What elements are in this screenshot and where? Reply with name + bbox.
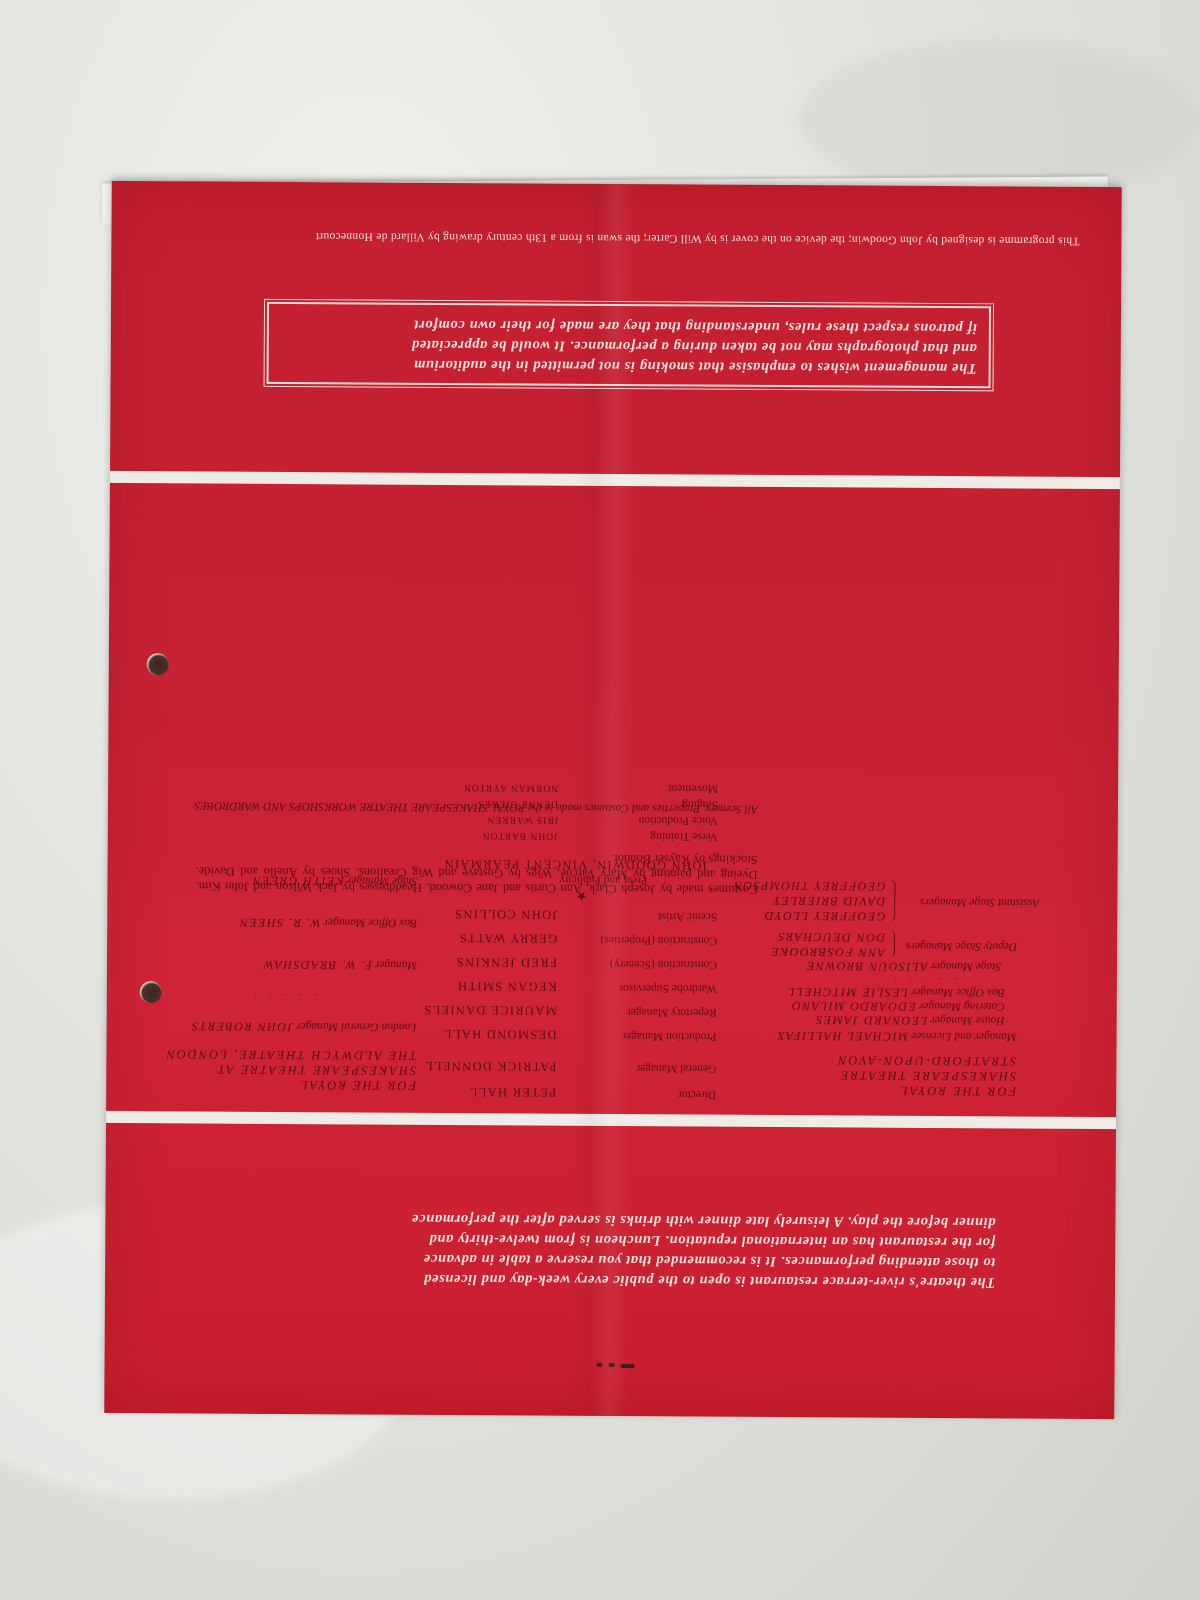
person-name: NORMAN AYRTON <box>463 782 558 793</box>
role-label: Director <box>556 1088 716 1101</box>
person-name: DAVID BRIERLEY <box>772 894 885 909</box>
restaurant-notice: The theatre's river-terrace restaurant i… <box>195 1207 995 1292</box>
person-name: GERRY WATTS <box>458 930 557 946</box>
white-stripe-bottom <box>110 471 1120 489</box>
role-label: Manager and Licensee <box>911 1030 1016 1043</box>
heading-line: FOR THE ROYAL <box>836 1082 1016 1098</box>
person-name: JOHN BARTON <box>482 830 558 840</box>
person-name: GEOFFREY LLOYD <box>763 909 885 924</box>
person-name: FRED JENKINS <box>456 954 557 970</box>
role-label: Verse Training <box>650 830 717 842</box>
person-name: JOHN COLLINS <box>454 906 558 922</box>
role-label: Box Office Manager <box>911 986 1005 999</box>
punch-hole <box>140 981 162 1003</box>
aldwych-heading: FOR THE ROYAL SHAKESPEARE THEATRE AT THE… <box>164 1046 416 1093</box>
person-name: F. W. BRADSHAW <box>262 958 372 973</box>
aldwych-gm-row: London General Manager JOHN ROBERTS <box>191 1018 417 1034</box>
role-label: Manager <box>375 959 417 971</box>
stratford-manager-row: House Manager LEONARD JAMES <box>815 1012 1005 1028</box>
role-label: Repertory Manager <box>557 1006 717 1019</box>
stratford-manager-row: Box Office Manager LESLIE MITCHELL <box>786 984 1004 1000</box>
person-name: PETER HALL <box>469 1084 557 1100</box>
person-name: LESLIE MITCHELL <box>786 985 908 1000</box>
photo-stage-rotated: The theatre's river-terrace restaurant i… <box>0 0 1200 1600</box>
separator-dots: . . . . . <box>889 975 957 986</box>
staple-mark <box>621 1364 635 1368</box>
stratford-heading: FOR THE ROYAL SHAKESPEARE THEATRE STRATF… <box>836 1052 1017 1098</box>
white-stripe-top <box>106 1111 1116 1129</box>
aldwych-column: FOR THE ROYAL SHAKESPEARE THEATRE AT THE… <box>117 993 417 995</box>
person-name: ALISOUN BROWNE <box>805 959 927 974</box>
role-label: Production Manager <box>557 1030 717 1043</box>
person-name: W. R. SHEEN <box>238 916 320 931</box>
role-label: Movement <box>668 782 718 794</box>
role-label: Scenic Artist <box>557 910 717 923</box>
aldwych-manager-row: Manager F. W. BRADSHAW <box>262 957 417 973</box>
stratford-manager-row: Catering Manager EDOARDO MILANO <box>791 998 1005 1014</box>
separator-dots: . . . . . <box>249 991 317 1002</box>
stratford-column: FOR THE ROYAL SHAKESPEARE THEATRE STRATF… <box>677 996 1017 998</box>
assistant-stage-managers-label: Assistant Stage Managers <box>920 896 1040 909</box>
person-name: MAURICE DANIELS <box>423 1002 557 1018</box>
deputy-stage-managers-label: Deputy Stage Managers <box>906 940 1017 953</box>
person-name: KEGAN SMITH <box>457 978 557 994</box>
role-label: Catering Manager <box>919 1000 1005 1013</box>
notice-line: The management wishes to emphasise that … <box>277 354 977 378</box>
role-label: London General Manager <box>296 1020 417 1033</box>
company-staff: Director PETER HALL General Manager PATR… <box>397 995 777 997</box>
person-name: MICHAEL HALLIFAX <box>776 1029 909 1044</box>
design-credit: This programme is designed by John Goodw… <box>315 230 1079 247</box>
heading-line: THE ALDWYCH THEATRE, LONDON <box>164 1046 416 1063</box>
heading-line: SHAKESPEARE THEATRE AT <box>164 1061 416 1078</box>
aldwych-box-office-row: Box Office Manager W. R. SHEEN <box>238 915 417 931</box>
role-label: Wardrobe Supervisor <box>557 982 717 995</box>
workshops-credit: All Scenery, Properties and Costumes mad… <box>194 799 758 814</box>
heading-line: FOR THE ROYAL <box>164 1076 416 1093</box>
staple-mark <box>597 1363 603 1367</box>
person-name: ANN FOSBROOKE <box>770 945 885 960</box>
person-name: IRIS WARREN <box>487 814 558 824</box>
person-name: EDOARDO MILANO <box>791 999 916 1014</box>
punch-hole <box>147 653 169 675</box>
staple-mark <box>609 1363 615 1367</box>
role-label: Voice Production <box>639 814 718 826</box>
role-label: Construction (Properties) <box>557 934 717 947</box>
costumes-credits: Costumes made by Joseph Clark, Ann Curti… <box>195 848 757 896</box>
person-name: DESMOND HALL <box>443 1026 557 1042</box>
brace <box>888 930 895 958</box>
person-name: PATRICK DONNELL <box>424 1058 557 1074</box>
programme-page: The theatre's river-terrace restaurant i… <box>104 181 1122 1419</box>
role-label: Stage Manager <box>930 960 1001 972</box>
role-label: House Manager <box>930 1014 1004 1026</box>
brace <box>888 880 895 922</box>
heading-line: STRATFORD-UPON-AVON <box>836 1052 1016 1068</box>
role-label: General Manager <box>556 1062 716 1075</box>
smoking-notice-box: The management wishes to emphasise that … <box>267 302 991 388</box>
heading-line: SHAKESPEARE THEATRE <box>836 1067 1016 1083</box>
stratford-manager-row: Manager and Licensee MICHAEL HALLIFAX <box>776 1028 1017 1044</box>
notice-line: if patrons respect these rules, understa… <box>277 314 977 338</box>
smoking-notice: The management wishes to emphasise that … <box>277 314 977 378</box>
role-label: Box Office Manager <box>323 916 417 929</box>
person-name: JOHN ROBERTS <box>191 1019 293 1034</box>
stage-manager-row: Stage Manager ALISOUN BROWNE <box>805 958 1001 974</box>
person-name: DON DEUCHARS <box>777 930 885 945</box>
role-label: Construction (Scenery) <box>557 958 717 971</box>
deputy-stage-manager-names: ANN FOSBROOKE DON DEUCHARS <box>770 929 885 960</box>
person-name: LEONARD JAMES <box>815 1013 928 1028</box>
